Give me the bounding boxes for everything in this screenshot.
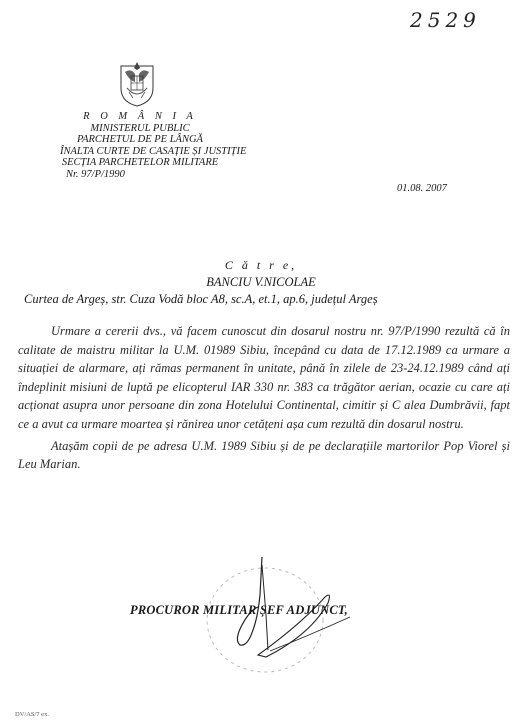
registration-number: Nr. 97/P/1990 xyxy=(60,169,220,181)
body-paragraph: Atașăm copii de pe adresa U.M. 1989 Sibi… xyxy=(18,437,510,474)
header-court: ÎNALTA CURTE DE CASAȚIE ȘI JUSTIȚIE xyxy=(60,146,220,158)
body-paragraph: Urmare a cererii dvs., vă facem cunoscut… xyxy=(18,322,510,434)
handwritten-registration-number: 2529 xyxy=(410,8,481,32)
recipient-address: Curtea de Argeș, str. Cuza Vodă bloc A8,… xyxy=(24,292,378,307)
header-ministry: MINISTERUL PUBLIC xyxy=(60,123,220,135)
footer-reference: DV/AS/7 ex. xyxy=(15,711,49,718)
header-prosecutor-office: PARCHETUL DE PE LÂNGĂ xyxy=(60,134,220,146)
signatory-title: PROCUROR MILITAR ȘEF ADJUNCT, xyxy=(130,603,348,618)
header-section: SECȚIA PARCHETELOR MILITARE xyxy=(60,157,220,169)
coat-of-arms-icon xyxy=(117,58,157,108)
letter-body: Urmare a cererii dvs., vă facem cunoscut… xyxy=(18,322,510,474)
recipient-name: BANCIU V.NICOLAE xyxy=(0,275,522,290)
recipient-label: C ă t r e, xyxy=(0,258,522,273)
document-date: 01.08. 2007 xyxy=(397,183,447,194)
institution-header: R O M Â N I A MINISTERUL PUBLIC PARCHETU… xyxy=(60,111,220,180)
header-country: R O M Â N I A xyxy=(60,111,220,123)
